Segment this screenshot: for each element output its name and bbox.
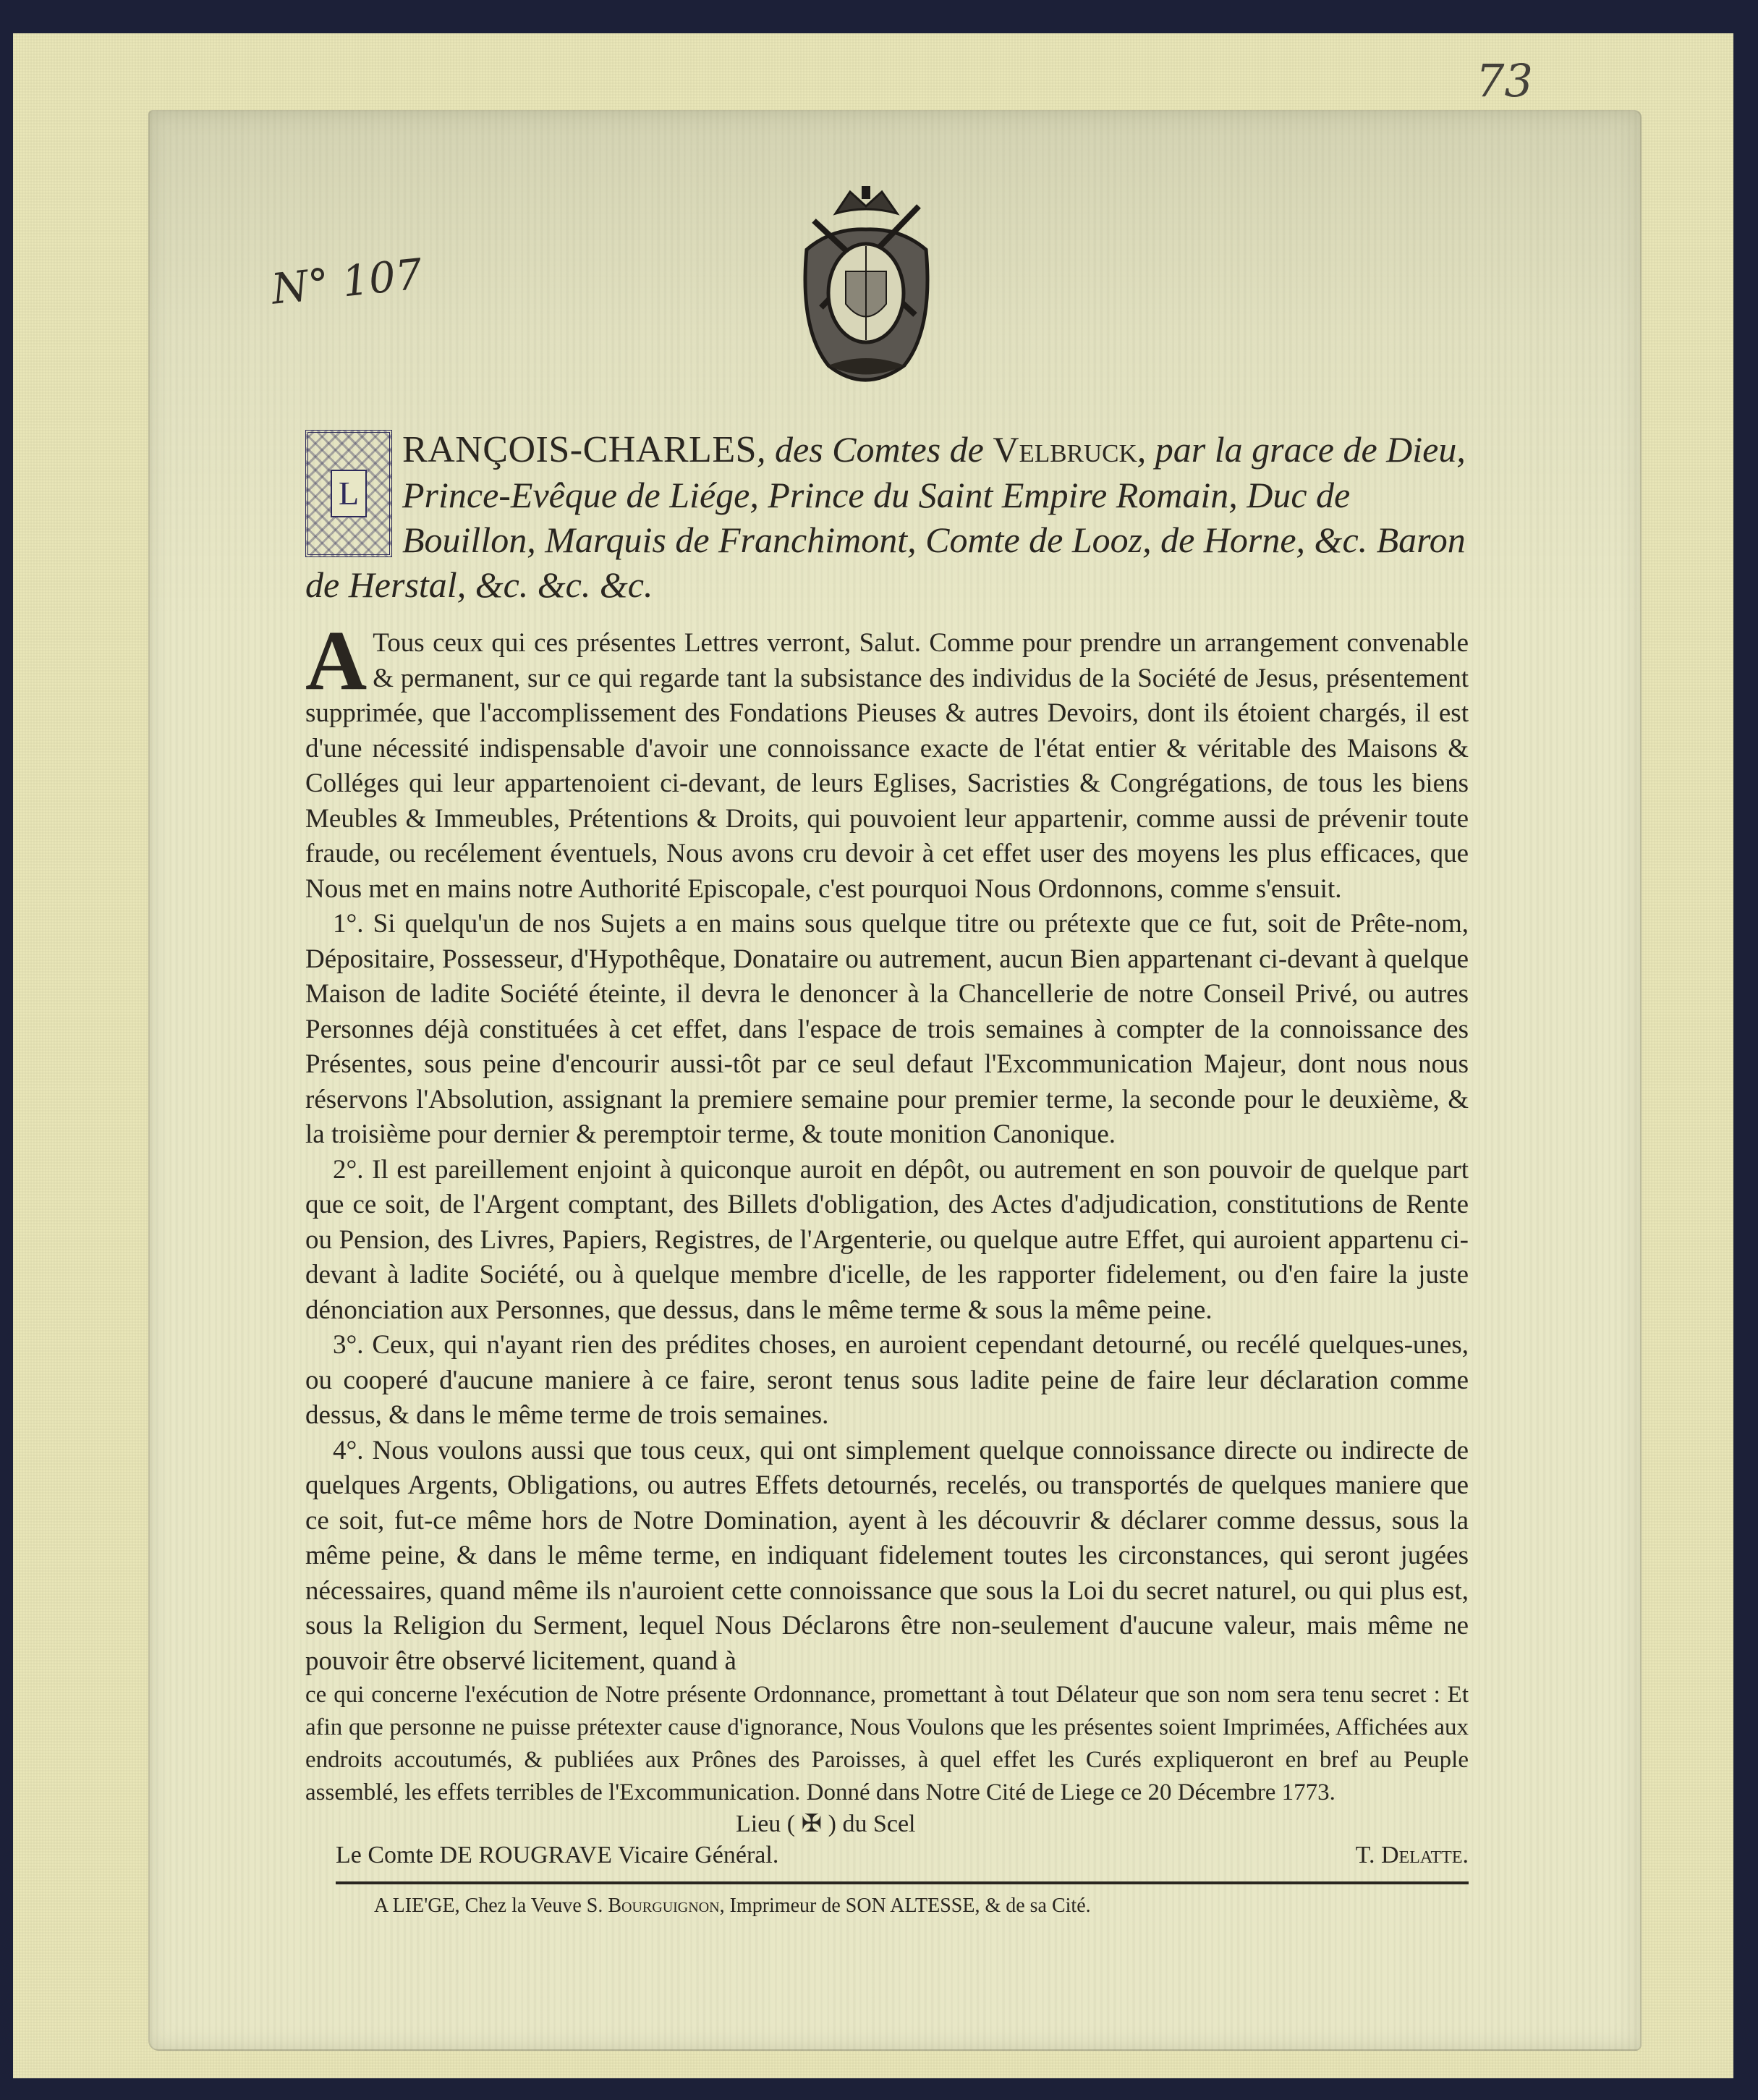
vicar-general-signature: Le Comte DE ROUGRAVE Vicaire Général.	[336, 1842, 778, 1869]
article-4: 4°. Nous voulons aussi que tous ceux, qu…	[305, 1434, 1469, 1680]
folio-number: 73	[1476, 54, 1533, 107]
heading-part: , des Comtes de	[757, 429, 993, 470]
drop-cap: A	[305, 627, 367, 694]
ornamental-initial: L	[305, 430, 392, 557]
article-number: 4°.	[333, 1436, 364, 1465]
family-name: Velbruck	[993, 429, 1137, 470]
article-number: 2°.	[333, 1155, 364, 1185]
title-block: L RANÇOIS-CHARLES, des Comtes de Velbruc…	[305, 427, 1469, 607]
article-2: 2°. Il est pareillement enjoint à quicon…	[305, 1153, 1469, 1329]
article-3: 3°. Ceux, qui n'ayant rien des prédites …	[305, 1328, 1469, 1434]
preamble-paragraph: ATous ceux qui ces présentes Lettres ver…	[305, 626, 1469, 907]
article-number: 3°.	[333, 1330, 364, 1360]
ordinance-text: L RANÇOIS-CHARLES, des Comtes de Velbruc…	[305, 427, 1469, 1932]
secretary-signature: T. Delatte.	[1356, 1842, 1469, 1869]
article-1: 1°. Si quelqu'un de nos Sujets a en main…	[305, 907, 1469, 1153]
signature-block: Lieu ( ✠ ) du Scel Le Comte DE ROUGRAVE …	[305, 1809, 1469, 1932]
article-number: 1°.	[333, 909, 364, 939]
printer-imprint: A LIE'GE, Chez la Veuve S. Bourguignon, …	[374, 1894, 1091, 1918]
body-text: ATous ceux qui ces présentes Lettres ver…	[305, 626, 1469, 1809]
seal-location: Lieu ( ✠ ) du Scel	[736, 1809, 915, 1838]
closing-paragraph: ce qui concerne l'exécution de Notre pré…	[305, 1679, 1469, 1809]
bishop-name: RANÇOIS-CHARLES	[402, 429, 757, 470]
divider-rule	[336, 1881, 1469, 1884]
initial-letter: L	[331, 470, 367, 517]
coat-of-arms-icon	[785, 185, 948, 394]
